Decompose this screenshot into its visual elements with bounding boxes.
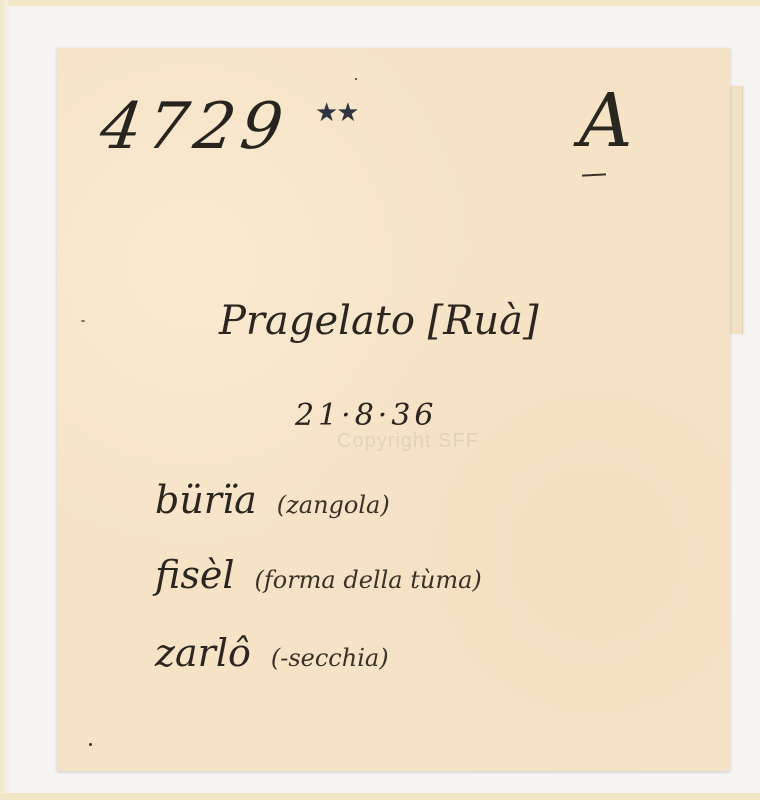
- entry-row: bürïa(zangola): [155, 478, 390, 522]
- archive-card: 4729 ★★ A Pragelato [Ruà] Copyright SFF …: [57, 48, 730, 771]
- entry-gloss: (forma della tùma): [255, 566, 482, 594]
- class-letter-underline: [582, 173, 606, 176]
- star-marks-icon: ★★: [315, 98, 358, 128]
- entry-term: fisèl: [155, 553, 235, 597]
- catalog-number: 4729: [96, 90, 293, 164]
- entry-gloss: (zangola): [277, 491, 390, 519]
- ink-speck: [355, 78, 357, 80]
- card-folded-flap: [728, 86, 743, 334]
- mount-left-edge: [0, 0, 8, 800]
- ink-speck: [81, 320, 85, 322]
- entry-gloss: (-secchia): [271, 644, 389, 672]
- date-label: 21·8·36: [295, 398, 438, 433]
- class-letter: A: [579, 78, 632, 164]
- entry-row: fisèl(forma della tùma): [155, 553, 482, 597]
- entry-row: zarlô(-secchia): [155, 631, 389, 675]
- location-heading: Pragelato [Ruà]: [219, 298, 539, 344]
- entry-term: zarlô: [155, 631, 251, 675]
- ink-speck: [89, 743, 92, 746]
- entry-term: bürïa: [155, 478, 257, 522]
- mount-bottom-edge: [0, 793, 760, 800]
- copyright-watermark: Copyright SFF: [337, 430, 479, 453]
